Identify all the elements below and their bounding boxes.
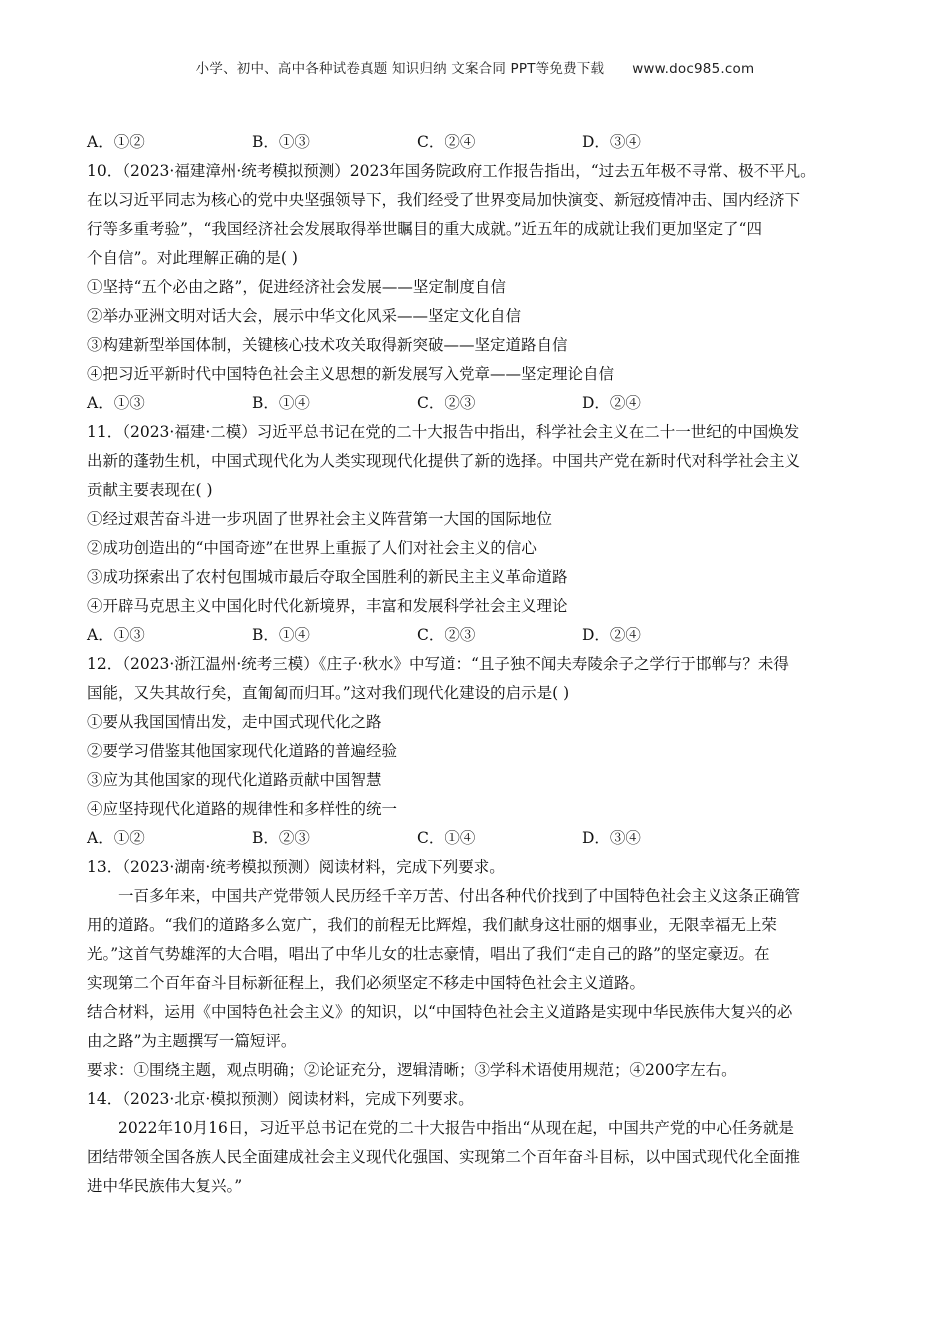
q13-task-line: 由之路”为主题撰写一篇短评。 (87, 1027, 867, 1056)
question-12: 12．（2023·浙江温州·统考三模）《庄子·秋水》中写道：“且子独不闻夫寿陵余… (87, 650, 867, 853)
q11-item: ①经过艰苦奋斗进一步巩固了世界社会主义阵营第一大国的国际地位 (87, 505, 867, 534)
option-a: A．①② (87, 824, 252, 853)
question-14: 14．（2023·北京·模拟预测）阅读材料，完成下列要求。 2022年10月16… (87, 1085, 867, 1201)
q13-material-line: 实现第二个百年奋斗目标新征程上，我们必须坚定不移走中国特色社会主义道路。 (87, 969, 867, 998)
header-site: www.doc985.com (632, 61, 754, 77)
q11-options: A．①③ B．①④ C．②③ D．②④ (87, 621, 867, 650)
q10-stem-line: 在以习近平同志为核心的党中央坚强领导下，我们经受了世界变局加快演变、新冠疫情冲击… (87, 186, 867, 215)
q12-options: A．①② B．②③ C．①④ D．③④ (87, 824, 867, 853)
option-d: D．③④ (582, 128, 747, 157)
header-text: 小学、初中、高中各种试卷真题 知识归纳 文案合同 PPT等免费下载 (196, 61, 605, 77)
option-a: A．①③ (87, 389, 252, 418)
q10-item: ①坚持“五个必由之路”，促进经济社会发展——坚定制度自信 (87, 273, 867, 302)
q11-item: ③成功探索出了农村包围城市最后夺取全国胜利的新民主主义革命道路 (87, 563, 867, 592)
option-a: A．①③ (87, 621, 252, 650)
q14-material-line: 进中华民族伟大复兴。” (87, 1172, 867, 1201)
option-d: D．②④ (582, 621, 747, 650)
question-11: 11．（2023·福建·二模）习近平总书记在党的二十大报告中指出，科学社会主义在… (87, 418, 867, 650)
option-b: B．①③ (252, 128, 417, 157)
q10-item: ③构建新型举国体制，关键核心技术攻关取得新突破——坚定道路自信 (87, 331, 867, 360)
page-header: 小学、初中、高中各种试卷真题 知识归纳 文案合同 PPT等免费下载www.doc… (0, 57, 950, 77)
q13-requirements: 要求：①围绕主题，观点明确；②论证充分，逻辑清晰；③学科术语使用规范；④200字… (87, 1056, 867, 1085)
q12-item: ③应为其他国家的现代化道路贡献中国智慧 (87, 766, 867, 795)
option-b: B．①④ (252, 389, 417, 418)
q13-material-line: 用的道路。“我们的道路多么宽广，我们的前程无比辉煌，我们献身这壮丽的烟事业，无限… (87, 911, 867, 940)
option-d: D．②④ (582, 389, 747, 418)
q10-item: ④把习近平新时代中国特色社会主义思想的新发展写入党章——坚定理论自信 (87, 360, 867, 389)
q9-options: A．①② B．①③ C．②④ D．③④ (87, 128, 867, 157)
option-c: C．②③ (417, 621, 582, 650)
q10-item: ②举办亚洲文明对话大会，展示中华文化风采——坚定文化自信 (87, 302, 867, 331)
q11-stem-line: 11．（2023·福建·二模）习近平总书记在党的二十大报告中指出，科学社会主义在… (87, 418, 867, 447)
q10-stem-line: 行等多重考验”，“我国经济社会发展取得举世瞩目的重大成就。”近五年的成就让我们更… (87, 215, 867, 244)
q12-item: ②要学习借鉴其他国家现代化道路的普遍经验 (87, 737, 867, 766)
q12-stem-line: 国能，又失其故行矣，直匍匐而归耳。”这对我们现代化建设的启示是( ) (87, 679, 867, 708)
q10-stem-line: 个自信”。对此理解正确的是( ) (87, 244, 867, 273)
q12-item: ④应坚持现代化道路的规律性和多样性的统一 (87, 795, 867, 824)
q13-task-line: 结合材料，运用《中国特色社会主义》的知识，以“中国特色社会主义道路是实现中华民族… (87, 998, 867, 1027)
option-c: C．②④ (417, 128, 582, 157)
option-b: B．①④ (252, 621, 417, 650)
q13-material-line: 光。”这首气势雄浑的大合唱，唱出了中华儿女的壮志豪情，唱出了我们“走自己的路”的… (87, 940, 867, 969)
q11-stem-line: 出新的蓬勃生机，中国式现代化为人类实现现代化提供了新的选择。中国共产党在新时代对… (87, 447, 867, 476)
option-c: C．①④ (417, 824, 582, 853)
q13-material-line: 一百多年来，中国共产党带领人民历经千辛万苦、付出各种代价找到了中国特色社会主义这… (87, 882, 867, 911)
question-10: 10．（2023·福建漳州·统考模拟预测）2023年国务院政府工作报告指出，“过… (87, 157, 867, 418)
q14-material-line: 团结带领全国各族人民全面建成社会主义现代化强国、实现第二个百年奋斗目标，以中国式… (87, 1143, 867, 1172)
q14-material-line: 2022年10月16日，习近平总书记在党的二十大报告中指出“从现在起，中国共产党… (87, 1114, 867, 1143)
q14-stem: 14．（2023·北京·模拟预测）阅读材料，完成下列要求。 (87, 1085, 867, 1114)
q12-item: ①要从我国国情出发，走中国式现代化之路 (87, 708, 867, 737)
document-body: A．①② B．①③ C．②④ D．③④ 10．（2023·福建漳州·统考模拟预测… (87, 128, 867, 1201)
q11-item: ④开辟马克思主义中国化时代化新境界，丰富和发展科学社会主义理论 (87, 592, 867, 621)
q11-item: ②成功创造出的“中国奇迹”在世界上重振了人们对社会主义的信心 (87, 534, 867, 563)
q11-stem-line: 贡献主要表现在( ) (87, 476, 867, 505)
q10-stem-line: 10．（2023·福建漳州·统考模拟预测）2023年国务院政府工作报告指出，“过… (87, 157, 867, 186)
q13-stem: 13．（2023·湖南·统考模拟预测）阅读材料，完成下列要求。 (87, 853, 867, 882)
q10-options: A．①③ B．①④ C．②③ D．②④ (87, 389, 867, 418)
question-13: 13．（2023·湖南·统考模拟预测）阅读材料，完成下列要求。 一百多年来，中国… (87, 853, 867, 1085)
q12-stem-line: 12．（2023·浙江温州·统考三模）《庄子·秋水》中写道：“且子独不闻夫寿陵余… (87, 650, 867, 679)
option-d: D．③④ (582, 824, 747, 853)
option-c: C．②③ (417, 389, 582, 418)
option-a: A．①② (87, 128, 252, 157)
option-b: B．②③ (252, 824, 417, 853)
